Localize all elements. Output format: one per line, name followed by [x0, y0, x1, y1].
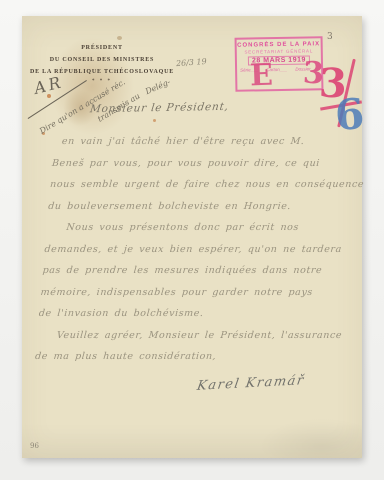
paper-stain	[117, 36, 122, 40]
pencil-number: 3	[327, 32, 333, 42]
letter-page: PRÉSIDENT DU CONSEIL DES MINISTRES DE LA…	[22, 16, 362, 458]
page-number: 96	[30, 442, 39, 450]
salutation: Monsieur le Président,	[89, 101, 229, 115]
letter-line: nous semble urgent de faire chez nous en…	[49, 179, 351, 201]
signature: Karel Kramář	[196, 373, 306, 394]
letter-line: du bouleversement bolcheviste en Hongrie…	[47, 201, 349, 223]
letter-line: Nous vous présentons donc par écrit nos	[45, 222, 347, 244]
scanned-letter: PRÉSIDENT DU CONSEIL DES MINISTRES DE LA…	[0, 0, 384, 480]
letter-line: pas de prendre les mesures indiquées dan…	[41, 265, 343, 287]
letter-line: de l'invasion du bolchévisme.	[37, 308, 339, 330]
handwritten-date: 26/3 19	[176, 57, 207, 68]
letterhead-line-2: DU CONSEIL DES MINISTRES	[22, 54, 182, 66]
letterhead-line-1: PRÉSIDENT	[22, 42, 182, 54]
letter-body: en vain j'ai tâché hier d'être reçu avec…	[34, 136, 355, 373]
paper-stain	[153, 119, 156, 122]
classification-number-blue: 6	[333, 89, 366, 140]
stamp-subtitle: SECRÉTARIAT GÉNÉRAL	[237, 48, 321, 54]
letter-line: en vain j'ai tâché hier d'être reçu avec…	[52, 136, 354, 158]
letter-line: Beneš par vous, pour vous pouvoir dire, …	[51, 158, 353, 180]
letter-line: demandes, et je veux bien espérer, qu'on…	[43, 244, 345, 266]
letter-line: Veuillez agréer, Monsieur le Président, …	[36, 330, 338, 352]
letter-line: de ma plus haute considération,	[34, 351, 336, 373]
letter-line: mémoire, indispensables pour garder notr…	[39, 287, 341, 309]
red-crayon-letter: E	[249, 58, 273, 94]
